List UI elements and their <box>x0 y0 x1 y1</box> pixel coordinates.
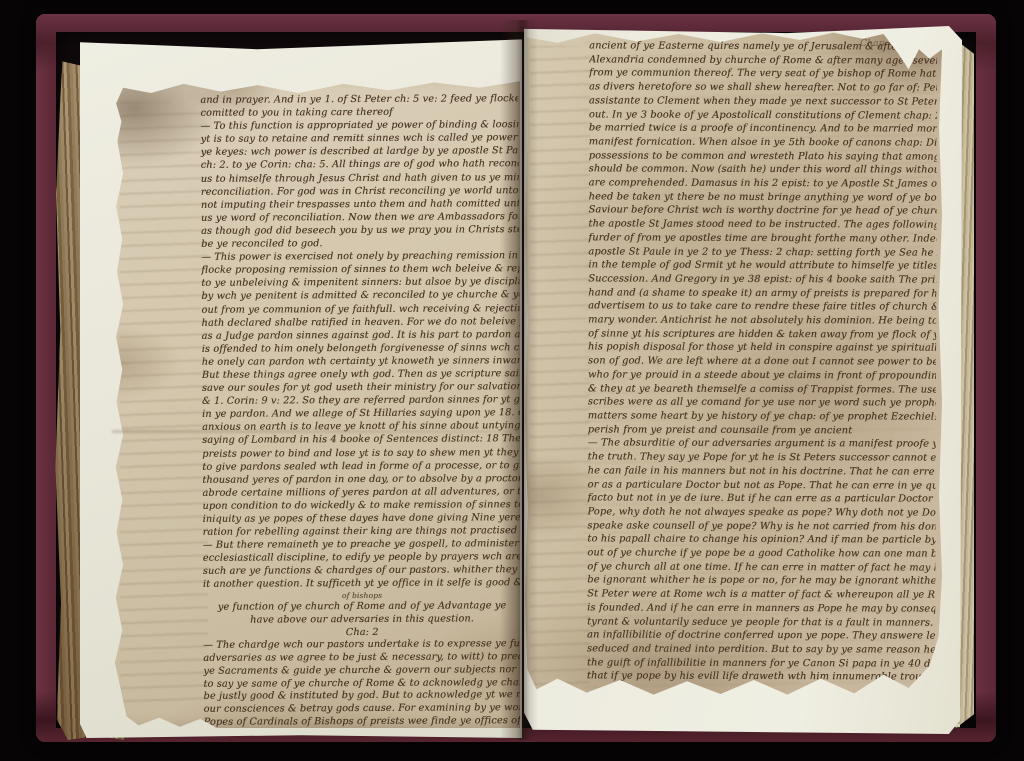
manuscript-text-line: the apostle St James stood need to be in… <box>588 218 936 233</box>
manuscript-text-line: heed be taken yt there be no must bringe… <box>589 190 937 205</box>
manuscript-text-line: adversaries as we agree to be just & nec… <box>203 651 521 666</box>
manuscript-text-line: us to himselfe through Jesus Christ and … <box>201 171 519 186</box>
manuscript-text-line: preists power to bind and lose yt is to … <box>202 446 520 461</box>
manuscript-text-line: an infallibilitie of doctrine conferred … <box>587 629 935 644</box>
manuscript-text-line: of ye church all at one time. If he can … <box>587 560 935 575</box>
manuscript-text-line: advertisem to us to take care to rendre … <box>588 300 936 315</box>
left-paragraph-3: — The chardge wch our pastors undertake … <box>203 638 521 730</box>
manuscript-text-line: his popish disposal for those yt held in… <box>588 341 936 356</box>
manuscript-text-line: ye Sacraments & guide ye churche & gover… <box>203 664 521 679</box>
manuscript-text-line: speake aske counsell of ye pope? Why is … <box>587 519 935 534</box>
manuscript-text-line: hath declared shalbe ratified in heaven.… <box>202 315 520 330</box>
manuscript-text-line: the guift of infallibilitie in manners f… <box>587 656 935 671</box>
manuscript-text-line: facto but not in ye de iure. But if he c… <box>587 492 935 507</box>
manuscript-text-line: reconciliation. For god was in Christ re… <box>201 184 519 199</box>
manuscript-text-line: saying of Lombard in his 4 booke of Sent… <box>202 433 520 448</box>
manuscript-text-line: St Peter were at Rome wch is a matter of… <box>587 588 935 603</box>
manuscript-text-line: — The chardge wch our pastors undertake … <box>203 638 521 653</box>
manuscript-text-line: as a Judge pardon sinnes against god. It… <box>202 328 520 343</box>
right-page-text: ancient of ye Easterne quires namely ye … <box>587 39 937 684</box>
manuscript-text-line: son of god. We are left where at a done … <box>588 355 936 370</box>
manuscript-text-line: tyrant & voluntarily seduce ye people fo… <box>587 615 935 630</box>
left-paragraph-1: and in prayer. And in ye 1. of St Peter … <box>200 92 519 251</box>
manuscript-page-right: Chap: 172 ancient of ye Easterne quires … <box>524 28 942 696</box>
manuscript-text-line: he can faile in his manners but not in h… <box>588 464 936 479</box>
manuscript-text-line: of sinne yt his scriptures are hidden & … <box>588 327 936 342</box>
manuscript-text-line: by wch ye penitent is admitted & reconci… <box>201 289 519 304</box>
manuscript-text-line: are comprehended. Damasus in his 2 epist… <box>589 176 937 191</box>
manuscript-text-line: scribes were as all ye comand for ye use… <box>588 396 936 411</box>
manuscript-text-line: the truth. They say ye Pope for yt he is… <box>588 450 936 465</box>
manuscript-text-line: perish from ye preist and counsaile from… <box>588 423 936 438</box>
manuscript-text-line: Saviour before Christ wch is worthy doct… <box>589 204 937 219</box>
left-paragraph-2: — This power is exercised not onely by p… <box>201 249 521 591</box>
manuscript-text-line: from ye communion thereof. The very seat… <box>589 67 937 82</box>
manuscript-text-line: Succession. And Gregory in ye 38 epist: … <box>588 272 936 287</box>
section-heading-superscript: of bishops <box>203 590 521 601</box>
manuscript-text-line: to give pardons sealed wth lead in forme… <box>202 459 520 474</box>
manuscript-text-line: and in prayer. And in ye 1. of St Peter … <box>200 92 518 107</box>
manuscript-text-line: mary wonder. Antichrist he not absolutel… <box>588 313 936 328</box>
manuscript-text-line: as though god did beseech you by us we p… <box>201 223 519 238</box>
manuscript-text-line: Pope, why doth he not alwayes speake as … <box>587 505 935 520</box>
manuscript-text-line: apostle St Paule in ye 2 to ye Thess: 2 … <box>588 245 936 260</box>
manuscript-text-line: Popes of Cardinals of Bishops of preists… <box>204 715 522 730</box>
manuscript-text-line: should be common. Now (saith he) under t… <box>589 163 937 178</box>
manuscript-text-line: assistante to Clement when they made ye … <box>589 94 937 109</box>
manuscript-text-line: or as a particulare Doctor but not as Po… <box>588 478 936 493</box>
right-paragraph-2: — The absurditie of our adversaries argu… <box>587 437 936 685</box>
manuscript-text-line: in the temple of god Srmit yt he would a… <box>588 259 936 274</box>
manuscript-text-line: possessions to be common and wresteth Pl… <box>589 149 937 164</box>
left-page-text: and in prayer. And in ye 1. of St Peter … <box>200 92 521 730</box>
manuscript-text-line: as divers heretofore so we shall shew he… <box>589 81 937 96</box>
section-heading-line-2: have above our adversaries in this quest… <box>203 612 521 627</box>
manuscript-text-line: ch: 2. to ye Corin: cha: 5. All things a… <box>201 158 519 173</box>
section-heading-line-1: ye function of ye church of Rome and of … <box>203 599 521 614</box>
photo-backdrop: and in prayer. And in ye 1. of St Peter … <box>0 0 1024 761</box>
manuscript-text-line: out from ye communion of ye faithfull. w… <box>201 302 519 317</box>
manuscript-text-line: & they at ye beareth themselfe a comiss … <box>588 382 936 397</box>
manuscript-text-line: out. In ye 3 booke of ye Apostolicall co… <box>589 108 937 123</box>
ink-bleedthrough-left <box>120 102 208 702</box>
manuscript-text-line: who for ye prouid in a steede about ye c… <box>588 368 936 383</box>
manuscript-text-line: — The absurditie of our adversaries argu… <box>588 437 936 452</box>
manuscript-text-line: seduced and trained into perdition. But … <box>587 642 935 657</box>
manuscript-text-line: matters some heart by ye history of ye c… <box>588 409 936 424</box>
manuscript-text-line: furder of from ye apostles time are brou… <box>588 231 936 246</box>
manuscript-text-line: be ignorant whither he is pope or no, fo… <box>587 574 935 589</box>
manuscript-text-line: hand and (a shame to speake it) an army … <box>588 286 936 301</box>
manuscript-page-left: and in prayer. And in ye 1. of St Peter … <box>110 76 520 728</box>
ink-bleedthrough-right-margin <box>530 46 590 686</box>
manuscript-text-line: Alexandria condemned by churche of Rome … <box>589 53 937 68</box>
manuscript-text-line: be married twice is a proofe of incontin… <box>589 122 937 137</box>
manuscript-text-line: ancient of ye Easterne quires namely ye … <box>589 39 937 54</box>
manuscript-text-line: to his papall chaire to change his opini… <box>587 533 935 548</box>
manuscript-text-line: out of ye churche if ye pope be a good C… <box>587 546 935 561</box>
right-paragraph-1: ancient of ye Easterne quires namely ye … <box>588 39 937 438</box>
manuscript-text-line: manifest fornication. When alsoe in ye 5… <box>589 135 937 150</box>
manuscript-text-line: is founded. And if he can erre in manner… <box>587 601 935 616</box>
